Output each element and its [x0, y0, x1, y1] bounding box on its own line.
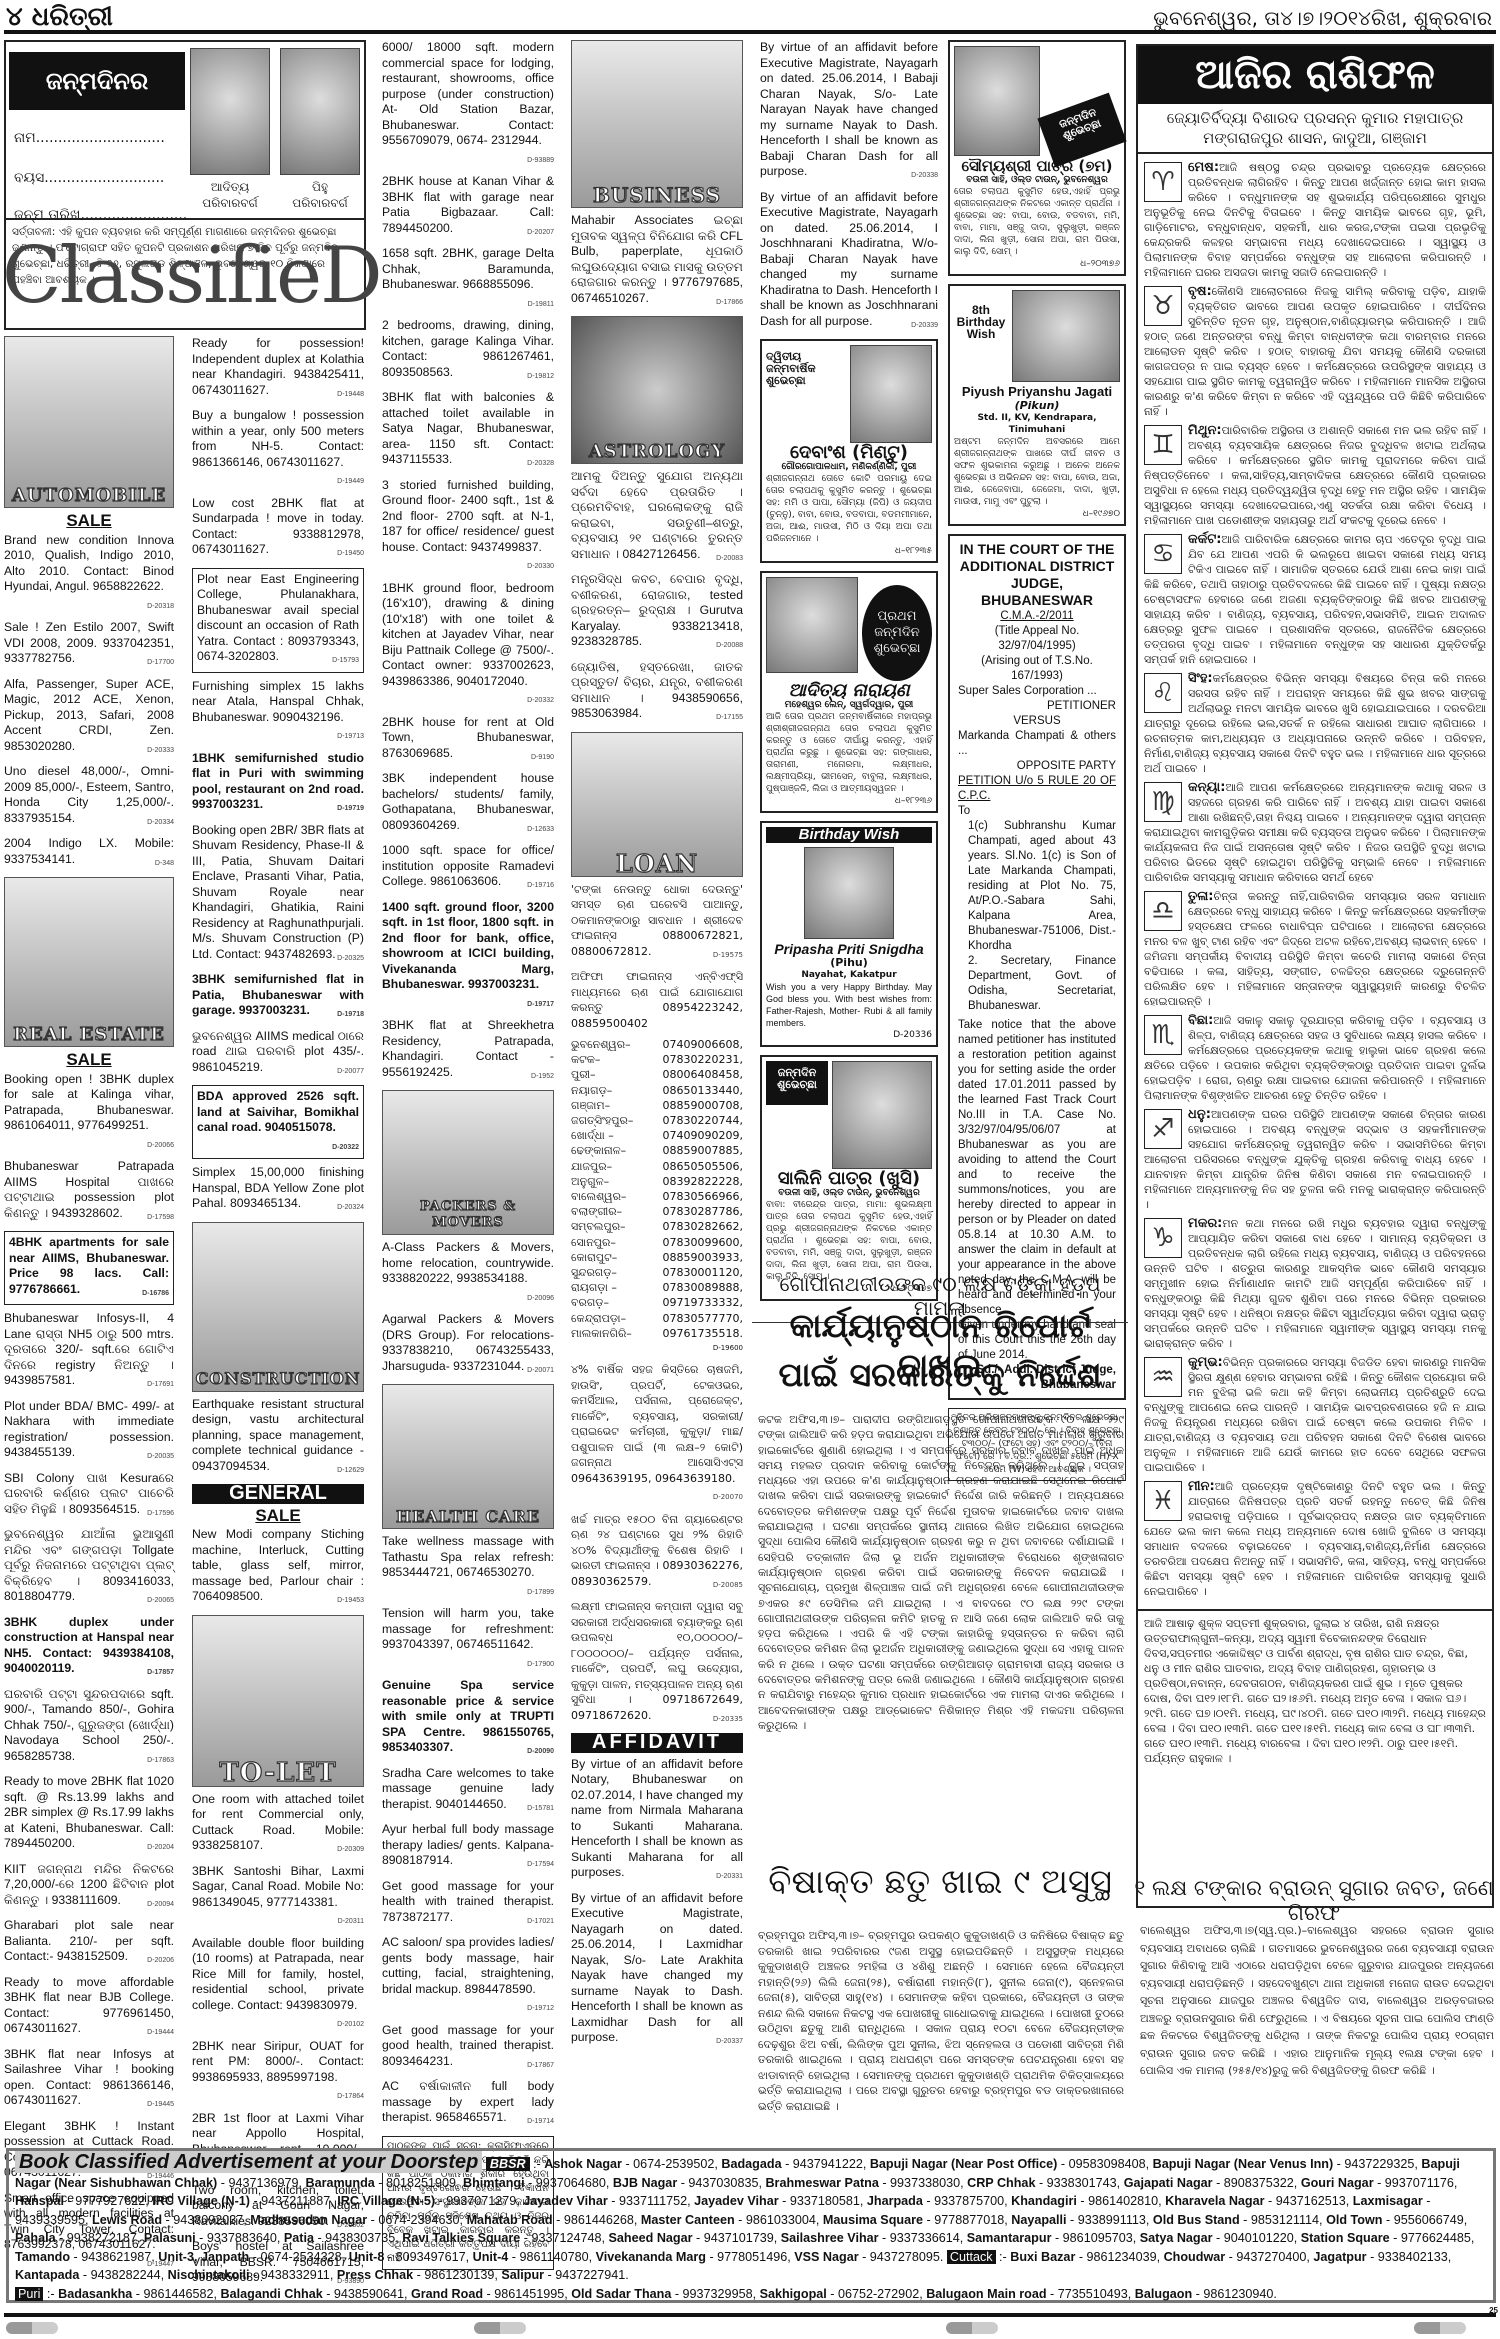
classified-ad: Agarwal Packers & Movers (DRS Group). Fo… [382, 1312, 554, 1378]
classified-ad: Tension will harm you, take massage for … [382, 1606, 554, 1672]
classified-ad: New Modi company Stiching machine, Inter… [192, 1527, 364, 1609]
classified-ad: SBI Colony ପାଖ Kesuraରେ ଘରବାରି କର୍ଣ୍ଣର ପ… [4, 1471, 174, 1522]
classified-ad: ଅଫିଫା ଫାଇନାନ୍ସ ଏନ୍‌ବିଏଫ୍‌ସି ମାଧ୍ୟମରେ ଋଣ … [571, 969, 743, 1031]
column-property-tolet: Ready for possession! Independent duplex… [192, 336, 364, 2296]
classified-ad: Get good massage for your good health, t… [382, 2023, 554, 2074]
ad-code: D-17594 [527, 1857, 554, 1873]
classified-ad: 1BHK ground floor, bedroom (16'x10'), dr… [382, 581, 554, 709]
ad-text: ଲକ୍ଷ୍ମୀ ଫାଇନାନ୍ସ କମ୍ପାନୀ ଦ୍ୱାରା ସବୁ ସରକା… [571, 1600, 743, 1722]
ad-text: 1BHK ground floor, bedroom (16'x10'), dr… [382, 581, 554, 688]
birthday-debansh: ଦ୍ୱିତୀୟ ଜନ୍ମବାର୍ଷିକ ଶୁଭେଚ୍ଛା ଦେବାଂଶ (ମିଣ… [760, 339, 938, 563]
horoscope-sign: ♑ମକର:ମନ କଥା ମନରେ ରଖି ମଧୁର ବ୍ୟବହାର ଦ୍ୱାରା… [1144, 1216, 1486, 1351]
court-cma: C.M.A.-2/2011 [958, 609, 1116, 624]
ad-code: D-19444 [147, 2025, 174, 2041]
business-label: BUSINESS [572, 188, 742, 204]
classified-ad: Booking open 2BR/ 3BR flats at Shuvam Re… [192, 823, 364, 967]
birthday-id: ଧ–୧୮୨୩୫ [766, 545, 932, 557]
ad-code: D-19575 [713, 948, 743, 964]
classified-ad: 1658 sqft. 2BHK, garage Delta Chhak, Bar… [382, 246, 554, 312]
classified-ad: 3BHK flat at Shreekhetra Residency, Patr… [382, 1018, 554, 1084]
classified-ad: 3BHK flat with balconies & attached toil… [382, 390, 554, 472]
ad-text: 2BHK near Siripur, OUAT for rent PM: 800… [192, 2039, 364, 2084]
court-heading-3: BHUBANESWAR [958, 592, 1116, 609]
ad-text: By virtue of an affidavit before Executi… [760, 190, 938, 328]
registration-mark [1414, 2322, 1466, 2334]
ad-code: D-20332 [527, 693, 554, 709]
ad-code: D-20335 [713, 1712, 743, 1728]
birthday-id: ଧ–୧୯୬୭୦ [954, 508, 1120, 520]
classified-ad: Bhubaneswar Patrapada AIIMS Hospital ପାଖ… [4, 1159, 174, 1225]
ad-code: D-20088 [716, 638, 743, 654]
ad-code: D-20071 [527, 1363, 554, 1379]
court-ts: (Arising out of T.S.No. 167/1993) [958, 654, 1116, 684]
court-respondent-1: 1(c) Subhranshu Kumar Champati, aged abo… [958, 819, 1116, 954]
loan-district-row: ଖୋର୍ଦ୍ଧା –07409090209, [571, 1128, 743, 1143]
ad-code: D-19449 [337, 474, 364, 490]
classified-ad: 2 bedrooms, drawing, dining, kitchen, ga… [382, 318, 554, 384]
ad-code: D-19716 [527, 878, 554, 894]
ad-code: D-20324 [337, 1200, 364, 1216]
horoscope-title: ଆଜିର ରାଶିଫଳ [1138, 46, 1492, 104]
photo-pripasha [804, 847, 894, 939]
ad-code: D-1952 [531, 1069, 554, 1085]
ad-text: ଭୁବନେଶ୍ୱର ଯାଆଁଳା ଭୁଆସୁଣୀ ମନ୍ଦିର ଏବଂ ଗଙ୍ଗ… [4, 1527, 174, 1603]
column-birthdays-court: ଜନ୍ମଦିନ ଶୁଭେଚ୍ଛା ସୌମ୍ୟଶ୍ରୀ ପାତ୍ର (୭ମ) ବଉ… [948, 40, 1126, 1481]
ad-code: D-9190 [531, 750, 554, 766]
birthday-message: ବାବା: ବୀରେନ୍ଦ୍ର ପାତ୍ର, ମାମା: ଶୁଭଲକ୍ଷ୍ମୀ … [766, 1199, 932, 1283]
ad-code: D-20207 [527, 225, 554, 241]
birthday-nick: (Pihu) [766, 957, 932, 969]
ad-code: D-19450 [337, 546, 364, 562]
coupon-field-name[interactable]: ନାମ............................. [14, 130, 165, 146]
photo-caption-aditya: ଆଦିତ୍ୟପରିବାରବର୍ଗ [190, 179, 270, 211]
ad-text: By virtue of an affidavit before Executi… [760, 40, 938, 178]
loan-district-row: ଜଗତ୍‌ସିଂହପୁର–07830220744, [571, 1113, 743, 1128]
classified-ad: Brand new condition Innova 2010, Qualish… [4, 533, 174, 615]
ad-text: Buy a bungalow ! possession within a yea… [192, 408, 364, 469]
ad-code: D-19719 [337, 801, 364, 817]
court-opposite: Markanda Champati & others ... [958, 729, 1116, 759]
classified-ad: 2BHK near Siripur, OUAT for rent PM: 800… [192, 2039, 364, 2105]
classified-ad: 3BHK duplex under construction at Hanspa… [4, 1615, 174, 1681]
horoscope-sign: ♓ମୀନ:ଆଜି ପ୍ରତ୍ୟେକ ଦୃଷ୍ଟିକୋଣରୁ ଦିନଟି ବହୁତ… [1144, 1479, 1486, 1599]
ad-code: D-17863 [147, 1753, 174, 1769]
classified-ad: KIIT ଜଗନ୍ନାଥ ମନ୍ଦିର ନିକଟରେ 7,20,000/-ରେ … [4, 1862, 174, 1913]
loan-district-row: ଗଞ୍ଜାମ–08859000708, [571, 1098, 743, 1113]
ad-text: Take wellness massage with Tathastu Spa … [382, 1534, 554, 1579]
classified-ad: 3 storied furnished building, Ground flo… [382, 478, 554, 575]
photo-salini [832, 1061, 932, 1169]
classified-booking-footer: Book Classified Advertisement at your Do… [6, 2148, 1496, 2303]
ad-code: D-19453 [337, 1593, 364, 1609]
ad-text: By virtue of an affidavit before Executi… [571, 1891, 743, 2045]
ad-code: D-19712 [527, 2001, 554, 2017]
birthday-address: ମହେଶ୍ୱର ଲେନ୍, ସ୍ୱର୍ଗଦ୍ୱାର, ପୁରୀ [766, 699, 932, 711]
court-respondent-2: 2. Secretary, Finance Department, Govt. … [958, 954, 1116, 1014]
puri-label: Puri [15, 2287, 43, 2301]
classified-ad: AC saloon/ spa provides ladies/ gents bo… [382, 1935, 554, 2017]
ad-text: ଅଫିଫା ଫାଇନାନ୍ସ ଏନ୍‌ବିଏଫ୍‌ସି ମାଧ୍ୟମରେ ଋଣ … [571, 970, 743, 1030]
classified-ad: Plot near East Engineering College, Phul… [192, 568, 364, 673]
bbsr-label: BBSR [486, 2157, 530, 2171]
loan-district-row: ସୋନପୁର–07830099600, [571, 1235, 743, 1250]
classified-ad: 6000/ 18000 sqft. modern commercial spac… [382, 40, 554, 168]
birthday-school: Std. II, KV, Kendrapara, Tinimuhani [954, 412, 1120, 436]
column-commercial-health: 6000/ 18000 sqft. modern commercial spac… [382, 40, 554, 2270]
birthday-message: Wish you a very Happy Birthday. May God … [766, 981, 932, 1029]
classified-ad: Ready to move 2BHK flat 1020 sqft. @ Rs.… [4, 1774, 174, 1856]
classified-ad: Ready to move affordable 3BHK flat near … [4, 1975, 174, 2041]
birthday-pripasha: Birthday Wish Pripasha Priti Snigdha (Pi… [760, 821, 938, 1047]
ad-text: New Modi company Stiching machine, Inter… [192, 1527, 364, 1603]
court-versus: VERSUS [958, 714, 1116, 729]
classified-ad: 1BHK semifurnished studio flat in Puri w… [192, 751, 364, 817]
ad-text: BDA approved 2526 sqft. land at Saivihar… [197, 1089, 359, 1134]
horoscope-sign: ♋କର୍କଟ:ଆଜି ପାରିବାରିକ କ୍ଷେତ୍ରରେ କାମର ଚାପ … [1144, 532, 1486, 667]
ad-text: Brand new condition Innova 2010, Qualish… [4, 533, 174, 594]
loan-ads-list: 'ଟଙ୍କା ନେଉନ୍ତୁ ଧୋକା ଦେଉନ୍ତୁ' ସମସ୍ତ ଋଣ ଘର… [571, 882, 743, 1032]
birthday-aditya: ପ୍ରଥମ ଜନ୍ମଦିନ ଶୁଭେଚ୍ଛା ଆଦିତ୍ୟ ନାରାୟଣ ମହେ… [760, 571, 938, 813]
classified-ad: Ayur herbal full body massage therapy la… [382, 1822, 554, 1873]
classified-ad: AC ବର୍ଷାକାଳୀନ full body massage by exper… [382, 2079, 554, 2130]
ad-text: AC saloon/ spa provides ladies/ gents bo… [382, 1935, 554, 1996]
loan-district-row: ଢେଙ୍କାନାଳ–08859007885, [571, 1143, 743, 1158]
ad-code: D-20090 [527, 1744, 554, 1760]
ad-code: D-19714 [527, 2114, 554, 2130]
zodiac-icon: ♍ [1144, 782, 1182, 822]
birthday-tag: ଜନ୍ମଦିନ ଶୁଭେଚ୍ଛା [1037, 93, 1126, 168]
ad-text: 'ଟଙ୍କା ନେଉନ୍ତୁ ଧୋକା ଦେଉନ୍ତୁ' ସମସ୍ତ ଋଣ ଘର… [571, 883, 743, 958]
ad-code: D-20333 [147, 743, 174, 759]
classified-ad: Sradha Care welcomes to take massage gen… [382, 1766, 554, 1817]
ad-code: D-20065 [147, 1593, 174, 1609]
zodiac-icon: ♑ [1144, 1218, 1182, 1258]
property-ads-list: Ready for possession! Independent duplex… [192, 336, 364, 1216]
ad-code: D-15781 [527, 1801, 554, 1817]
news-headline-2: ପାଇଁ ସରକାରଙ୍କୁ ନିର୍ଦ୍ଦେଶ [752, 1355, 1128, 1395]
realestate-image: REAL ESTATE [4, 877, 174, 1047]
ad-code: D-20077 [337, 1064, 364, 1080]
classified-ad: 1000 sqft. space for office/ institution… [382, 843, 554, 894]
loan-district-row: ଅନୁଗୁଳ–08392822228, [571, 1174, 743, 1189]
ad-code: D-20204 [147, 1840, 174, 1856]
loan-district-row: କଟକ–07830220231, [571, 1052, 743, 1067]
classified-ad: ଭୁବନେଶ୍ୱର ଯାଆଁଳା ଭୁଆସୁଣୀ ମନ୍ଦିର ଏବଂ ଗଙ୍ଗ… [4, 1527, 174, 1609]
general-heading: GENERAL [192, 1484, 364, 1504]
classified-ad: ଲକ୍ଷ୍ମୀ ଫାଇନାନ୍ସ କମ୍ପାନୀ ଦ୍ୱାରା ସବୁ ସରକା… [571, 1599, 743, 1727]
business-image: BUSINESS [571, 40, 743, 208]
ad-text: Ready to move 2BHK flat 1020 sqft. @ Rs.… [4, 1774, 174, 1850]
realestate-label: REAL ESTATE [5, 1027, 173, 1043]
news-story-3: ବାଲେଶ୍ୱର ଅଫିସ,୩।୭(ସ୍ୱ.ପ୍ର.)–ବାଲେଶ୍ୱର ସହର… [1140, 1922, 1494, 2080]
classified-ad: Sale ! Zen Estilo 2007, Swift VDI 2008, … [4, 620, 174, 671]
classified-ad: ଆମକୁ ଦିଅନ୍ତୁ ସୁଯୋଗ ଅନ୍ୟଥା ସର୍ବଦା ହେବେ ପ୍… [571, 469, 743, 566]
loan-district-row: କୋରାପୁଟ–08859003933, [571, 1250, 743, 1265]
ad-code: D-20337 [716, 2034, 743, 2050]
ad-code: D-20085 [713, 1578, 743, 1594]
business-ad: Mahabir Associates ଇଚ୍ଛା ମୁତାବକ ସ୍ୱଳ୍ପ ବ… [571, 213, 743, 310]
column-business-loan: BUSINESS Mahabir Associates ଇଚ୍ଛା ମୁତାବକ… [571, 40, 743, 2056]
horoscope-signs-list: ♈ମେଷ:ଆଜି ଷଷ୍ଠସ୍ଥ ଚନ୍ଦ୍ର ପ୍ରଭାବରୁ ପ୍ରତ୍ୟେ… [1138, 154, 1492, 1609]
horoscope-sign: ♐ଧନୁ:ଆପଣଙ୍କ ଘରର ପରିସ୍ଥିତି ଆପଣଙ୍କ ସକାଶେ ଚ… [1144, 1107, 1486, 1212]
horoscope-sign: ♎ତୁଳା:ଚିନ୍ତା କରନ୍ତୁ ନାହିଁ,ପାରିବାରିକ ସମସ୍… [1144, 889, 1486, 1009]
classified-ad: Furnishing simplex 15 lakhs near Atala, … [192, 679, 364, 745]
ad-text: Booking open 2BR/ 3BR flats at Shuvam Re… [192, 823, 364, 961]
birthday-address: ଗୌରଗୋପାଳଧାମ, ମଣିକର୍ଣ୍ଣିକା, ପୁରୀ [766, 461, 932, 473]
horoscope-panel: ଆଜିର ରାଶିଫଳ ଜ୍ୟୋତିର୍ବିଦ୍ୟା ବିଶାରଦ ପ୍ରସନ୍… [1136, 44, 1494, 1908]
ad-text: Mahabir Associates ଇଚ୍ଛା ମୁତାବକ ସ୍ୱଳ୍ପ ବ… [571, 213, 743, 305]
astrology-ads-list: ଆମକୁ ଦିଅନ୍ତୁ ସୁଯୋଗ ଅନ୍ୟଥା ସର୍ବଦା ହେବେ ପ୍… [571, 469, 743, 726]
classified-ad: Available double floor building (10 room… [192, 1936, 364, 2033]
ad-code: D-20328 [527, 456, 554, 472]
ad-code: D-16786 [142, 1286, 169, 1302]
ad-code: D-17155 [716, 710, 743, 726]
birthday-tag: Birthday Wish [766, 827, 932, 843]
horoscope-sign: ♉ବୃଷ:କୌଣସି ଆଲୋଚନାରେ ନିଜକୁ ସାମିଲ୍ କରିବାକୁ… [1144, 284, 1486, 419]
general-sale-heading: SALE [192, 1508, 364, 1524]
birthday-name: ସାଲିନି ପାତ୍ର (ଖୁସି) [766, 1173, 932, 1185]
astrology-image: ASTROLOGY [571, 316, 743, 464]
court-notice: IN THE COURT OF THE ADDITIONAL DISTRICT … [948, 534, 1126, 1400]
court-opposite-role: OPPOSITE PARTY [958, 759, 1116, 774]
ad-code: D-19713 [337, 729, 364, 745]
classified-ad: Take wellness massage with Tathastu Spa … [382, 1534, 554, 1600]
birthday-tag: ଜନ୍ମଦିନ ଶୁଭେଚ୍ଛା [766, 1061, 828, 1105]
classified-ad: 2004 Indigo LX. Mobile: 9337534141. D-34… [4, 836, 174, 871]
court-petition: PETITION U/o 5 RULE 20 OF C.P.C. [958, 774, 1116, 804]
ad-text: ଖର୍ଚ୍ଚ ମାତ୍ର ୧୫୦୦ ବିନା ଗ୍ୟାରେଣ୍ଟର ଋଣ ୨୪ … [571, 1513, 743, 1588]
ad-code: D-19812 [527, 369, 554, 385]
healthcare-label: HEALTH CARE [383, 1509, 553, 1525]
zodiac-icon: ♓ [1144, 1481, 1182, 1521]
realestate-ads-list: Booking open ! 3BHK duplex for sale at K… [4, 1072, 174, 2273]
birthday-address: Nayahat, Kakatpur [766, 969, 932, 981]
masthead: ୪ ଧରିତ୍ରୀ ଭୁବନେଶ୍ୱର, ତା୪।୭।୨୦୧୪ରିଖ, ଶୁକ୍… [0, 0, 1500, 34]
ad-code: D-12629 [337, 1463, 364, 1479]
classified-ad: Bhubaneswar Infosys-II, 4 Lane ରାସ୍ତା NH… [4, 1311, 174, 1393]
classified-ad: 3BHK semifurnished flat in Patia, Bhuban… [192, 972, 364, 1023]
packers-label: PACKERS & MOVERS [383, 1199, 553, 1230]
packers-image: PACKERS & MOVERS [382, 1090, 554, 1235]
ad-code: D-20070 [713, 1490, 743, 1506]
ad-code: D-19445 [147, 2097, 174, 2113]
ad-code: D-20338 [911, 168, 938, 184]
general-ad: New Modi company Stiching machine, Inter… [192, 1527, 364, 1609]
classified-ad: ଜ୍ୟୋତିଷ, ହସ୍ତରେଖା, ଜାତକ ପ୍ରସ୍ତୁତ/ ବିଚାର,… [571, 660, 743, 726]
birthday-message: ତୋର ଚଲାପଥ କୁସୁମିତ ହେଉ,ଏହାହିଁ ପ୍ରଭୁ ଶ୍ରୀଜ… [954, 186, 1120, 258]
sale-heading-2: SALE [4, 1052, 174, 1068]
ad-code: D-20325 [337, 951, 364, 967]
automobile-image: AUTOMOBILE [4, 336, 174, 508]
ad-text: 1658 sqft. 2BHK, garage Delta Chhak, Bar… [382, 246, 554, 291]
classified-ad: 1400 sqft. ground floor, 3200 sqft. in 1… [382, 900, 554, 1013]
loan-district-row: ରାୟଗଡ଼ା –07830089888, [571, 1280, 743, 1295]
construction-label: CONSTRUCTION [193, 1371, 363, 1387]
classified-ad: ଖର୍ଚ୍ଚ ମାତ୍ର ୧୫୦୦ ବିନା ଗ୍ୟାରେଣ୍ଟର ଋଣ ୨୪ … [571, 1512, 743, 1594]
loan-district-row: କେନ୍ଦ୍ରାପଡ଼ା–07830577770, [571, 1311, 743, 1326]
horoscope-sign: ♌ସିଂହ:କର୍ମକ୍ଷେତ୍ରର ବିଭିନ୍ନ ସମସ୍ୟା ବିଷୟରେ… [1144, 671, 1486, 776]
loan-label: LOAN [572, 856, 742, 872]
classified-ad: 'ଟଙ୍କା ନେଉନ୍ତୁ ଧୋକା ଦେଉନ୍ତୁ' ସମସ୍ତ ଋଣ ଘର… [571, 882, 743, 964]
classified-ad: 2BHK house at Kanan Vihar & 3BHK flat wi… [382, 174, 554, 240]
ad-code: D-20331 [716, 1869, 743, 1885]
birthday-salini: ଜନ୍ମଦିନ ଶୁଭେଚ୍ଛା ସାଲିନି ପାତ୍ର (ଖୁସି) ବଉଳ… [760, 1055, 938, 1301]
ad-code: D-20311 [338, 1914, 364, 1930]
ad-code: D-17857 [147, 1665, 174, 1681]
ad-code: D-17866 [716, 295, 743, 311]
horoscope-sign: ♊ମିଥୁନ:ପାରିବାରିକ ଅସ୍ଥିରତା ଓ ଅଶାନ୍ତି ସକାଶ… [1144, 423, 1486, 528]
ad-code: D-17596 [147, 1506, 174, 1522]
ad-code: D-20102 [337, 2017, 364, 2033]
ad-text: Bhubaneswar Infosys-II, 4 Lane ରାସ୍ତା NH… [4, 1311, 174, 1387]
birthday-tag: 8th Birthday Wish [954, 290, 1008, 382]
ad-code: D-93889 [527, 153, 554, 169]
classified-ad: BDA approved 2526 sqft. land at Saivihar… [192, 1085, 364, 1159]
loan-district-list: ଭୁବନେଶ୍ୱର–07409006608,କଟକ–07830220231,ପୁ… [571, 1037, 743, 1356]
ad-text: A-Class Packers & Movers, home relocatio… [382, 1240, 554, 1285]
news-story-1: କଟକ ଅଫିସ,୩।୭– ପାରାଦୀପ ରଙ୍ଗିଆଗଡ଼ସ୍ଥିତ ଗୋପ… [758, 1412, 1124, 1733]
classified-ad: 3BHK flat near Infosys at Sailashree Vih… [4, 2047, 174, 2113]
ad-code: D-19811 [528, 297, 554, 313]
ad-code: D-19717 [527, 997, 554, 1013]
ad-code: D-20309 [337, 1842, 364, 1858]
birthday-id: D-20336 [766, 1029, 932, 1041]
construction-image: CONSTRUCTION [192, 1222, 364, 1392]
photo-pihu [280, 48, 360, 175]
classified-ad: Ready for possession! Independent duplex… [192, 336, 364, 402]
ad-code: D-20206 [147, 1953, 174, 1969]
ad-text: Alfa, Passenger, Super ACE, Magic, 2012 … [4, 677, 174, 753]
ad-code: D-12633 [527, 822, 554, 838]
birthday-message: ଆଜି ତୋର ପ୍ରଥମ ଜନ୍ମବାର୍ଷିକୀରେ ମହାପ୍ରଭୁ ଶ୍… [766, 711, 932, 795]
classified-ad: Booking open ! 3BHK duplex for sale at K… [4, 1072, 174, 1154]
masthead-rule [4, 30, 1496, 34]
ad-code: D-17598 [147, 1210, 174, 1226]
tolet-label: TO-LET [193, 1766, 363, 1782]
ad-text: By virtue of an affidavit before Notary,… [571, 1757, 743, 1880]
ad-code: D-20339 [911, 318, 938, 334]
tolet-image: TO-LET [192, 1615, 364, 1787]
classified-ad: One room with attached toilet for rent C… [192, 1792, 364, 1858]
ad-text: 3BHK flat at Shreekhetra Residency, Patr… [382, 1018, 554, 1079]
ad-text: ଘରବାରି ପଟ୍ଟା ସୁନ୍ଦରପଦାରେ sqft. 900/-, Ta… [4, 1687, 174, 1763]
loan-district-row: ସୁନ୍ଦରଗଡ଼–07830001120, [571, 1265, 743, 1280]
birthday-soumya: ଜନ୍ମଦିନ ଶୁଭେଚ୍ଛା ସୌମ୍ୟଶ୍ରୀ ପାତ୍ର (୭ମ) ବଉ… [948, 40, 1126, 276]
zodiac-icon: ♎ [1144, 891, 1182, 931]
zodiac-icon: ♉ [1144, 286, 1182, 326]
loan-district-row: ପୁରୀ–08006408458, [571, 1067, 743, 1082]
birthday-piyush: 8th Birthday Wish Piyush Priyanshu Jagat… [948, 284, 1126, 526]
ad-text: Tension will harm you, take massage for … [382, 1606, 554, 1651]
court-heading-2: ADDITIONAL DISTRICT JUDGE, [958, 558, 1116, 592]
dateline: ଭୁବନେଶ୍ୱର, ତା୪।୭।୨୦୧୪ରିଖ, ଶୁକ୍ରବାର [1153, 6, 1492, 30]
panjika: ଆଜି ଆଷାଢ଼ ଶୁକ୍ଳ ସପ୍ତମୀ ଶୁକ୍ରବାର, ଜୁଲାଇ ୪… [1138, 1609, 1492, 1771]
ad-code: D-20035 [147, 1449, 174, 1465]
cuttack-label: Cuttack [947, 2250, 996, 2264]
court-petitioner: Super Sales Corporation ... [958, 684, 1116, 699]
photo-debansh [850, 345, 932, 443]
ad-code: D-19718 [337, 1007, 364, 1023]
ad-text: Plot near East Engineering College, Phul… [197, 572, 359, 664]
ad-code: D-20096 [527, 1291, 554, 1307]
ad-text: Available double floor building (10 room… [192, 1936, 364, 2012]
classified-ad: Buy a bungalow ! possession within a yea… [192, 408, 364, 490]
affidavit-ads-list: By virtue of an affidavit before Notary,… [571, 1757, 743, 2050]
ad-code: D-20083 [716, 551, 743, 567]
ad-code: D-17691 [147, 1377, 174, 1393]
zodiac-icon: ♈ [1144, 162, 1182, 202]
puri-agents: Badasankha - 9861446582, Balagandi Chhak… [58, 2287, 1277, 2301]
astrology-label: ASTROLOGY [572, 444, 742, 460]
registration-mark [474, 2322, 526, 2334]
zodiac-icon: ♏ [1144, 1015, 1182, 1055]
ad-text: 2004 Indigo LX. Mobile: 9337534141. [4, 836, 174, 866]
page-number: 25 [1489, 2306, 1498, 2315]
birthday-name: Piyush Priyanshu Jagati [954, 386, 1120, 398]
classified-ad: 3BHK Santoshi Bihar, Laxmi Sagar, Canal … [192, 1864, 364, 1930]
ad-code: D-17899 [527, 1585, 554, 1601]
footer-title: Book Classified Advertisement at your Do… [15, 2151, 482, 2173]
loan-district-row: ବାଲେଶ୍ୱର–07830566966, [571, 1189, 743, 1204]
classified-ad: 2BHK house for rent at Old Town, Bhubane… [382, 715, 554, 766]
ad-text: 2BHK house for rent at Old Town, Bhubane… [382, 715, 554, 760]
ad-text: Booking open ! 3BHK duplex for sale at K… [4, 1072, 174, 1133]
birthday-tag: ପ୍ରଥମ ଜନ୍ମଦିନ ଶୁଭେଚ୍ଛା [862, 585, 932, 681]
zodiac-icon: ♊ [1144, 425, 1182, 465]
classified-ad: By virtue of an affidavit before Notary,… [571, 1757, 743, 1885]
loan-district-row: ସମ୍ବଲପୁର–07830282662, [571, 1219, 743, 1234]
court-heading-1: IN THE COURT OF THE [958, 541, 1116, 558]
birthday-address: ବଉଳୀ ସାହି, ଓଲ୍ଡ ଟାଉନ୍, ଭୁବନେଶ୍ୱର [766, 1187, 932, 1199]
loan-district-row: ଭୁବନେଶ୍ୱର–07409006608, [571, 1037, 743, 1052]
classified-ad: 4BHK apartments for sale near AIIMS, Bhu… [4, 1231, 174, 1305]
birthday-message: ଶ୍ରୀଜଗନ୍ନାଥ ତୋତେ କୋଟି ପରମାୟୁ ଦେଇ ତୋର ଚଲା… [766, 473, 932, 545]
ad-text: Genuine Spa service reasonable price & s… [382, 1678, 554, 1754]
birthday-name: ସୌମ୍ୟଶ୍ରୀ ପାତ୍ର (୭ମ) [954, 160, 1120, 172]
packers-ads-list: A-Class Packers & Movers, home relocatio… [382, 1240, 554, 1378]
birthday-address: ବଉଳୀ ସାହି, ଓଲ୍ଡ ଟାଉନ୍, ଭୁବନେଶ୍ୱର [954, 174, 1120, 186]
classified-ad: Alfa, Passenger, Super ACE, Magic, 2012 … [4, 677, 174, 759]
birthday-id: ଧ–୧୮୨୩୬ [766, 795, 932, 807]
classified-ad: Mahabir Associates ଇଚ୍ଛା ମୁତାବକ ସ୍ୱଳ୍ପ ବ… [571, 213, 743, 310]
ad-code: D-20322 [332, 1140, 359, 1156]
ad-text: 3BHK Santoshi Bihar, Laxmi Sagar, Canal … [192, 1864, 364, 1909]
coupon-field-age[interactable]: ବୟସ........................... [14, 170, 164, 186]
ad-code: D-20318 [147, 599, 174, 615]
photo-aditya-narayan [766, 577, 858, 673]
loan-district-row: ବରଗଡ଼–09719733332, [571, 1295, 743, 1310]
ad-code: D-17900 [527, 1657, 554, 1673]
photo-piyush [1012, 290, 1120, 382]
zodiac-icon: ♒ [1144, 1357, 1182, 1397]
classified-ad: ଭୁବନେଶ୍ୱର AIIMS medical ଠାରେ road ଥାଇ ଘର… [192, 1029, 364, 1080]
classified-banner: ClassifieD [2, 226, 362, 326]
loan-district-row: ମାଲକାନଗିରି–09761735518. [571, 1326, 743, 1341]
column-affidavits-birthdays: By virtue of an affidavit before Executi… [760, 40, 938, 1309]
ad-text: 3BHK flat with balconies & attached toil… [382, 390, 554, 466]
classified-ad: ଘରବାରି ପଟ୍ଟା ସୁନ୍ଦରପଦାରେ sqft. 900/-, Ta… [4, 1687, 174, 1769]
classified-ad: Uno diesel 48,000/-, Omni- 2009 85,000/-… [4, 764, 174, 830]
birthday-name: ଦେବାଂଶ (ମିଣ୍ଟୁ) [766, 447, 932, 459]
registration-mark [946, 2322, 998, 2334]
ad-code: D-15793 [332, 653, 359, 669]
news-headline-3: ବିଷାକ୍ତ ଛତୁ ଖାଇ ୯ ଅସୁସ୍ଥ [752, 1862, 1128, 1902]
classified-ad: By virtue of an affidavit before Executi… [760, 190, 938, 334]
ad-text: 1400 sqft. ground floor, 3200 sqft. in 1… [382, 900, 554, 992]
classified-ad: Earthquake resistant structural design, … [192, 1397, 364, 1479]
ad-text: ଆମକୁ ଦିଅନ୍ତୁ ସୁଯୋଗ ଅନ୍ୟଥା ସର୍ବଦା ହେବେ ପ୍… [571, 469, 743, 561]
classified-ad: ୪% ବାର୍ଷିକ ସହଜ କିସ୍ତିରେ ଚାଷଜମି, ହାଉସିଂ, … [571, 1362, 743, 1506]
